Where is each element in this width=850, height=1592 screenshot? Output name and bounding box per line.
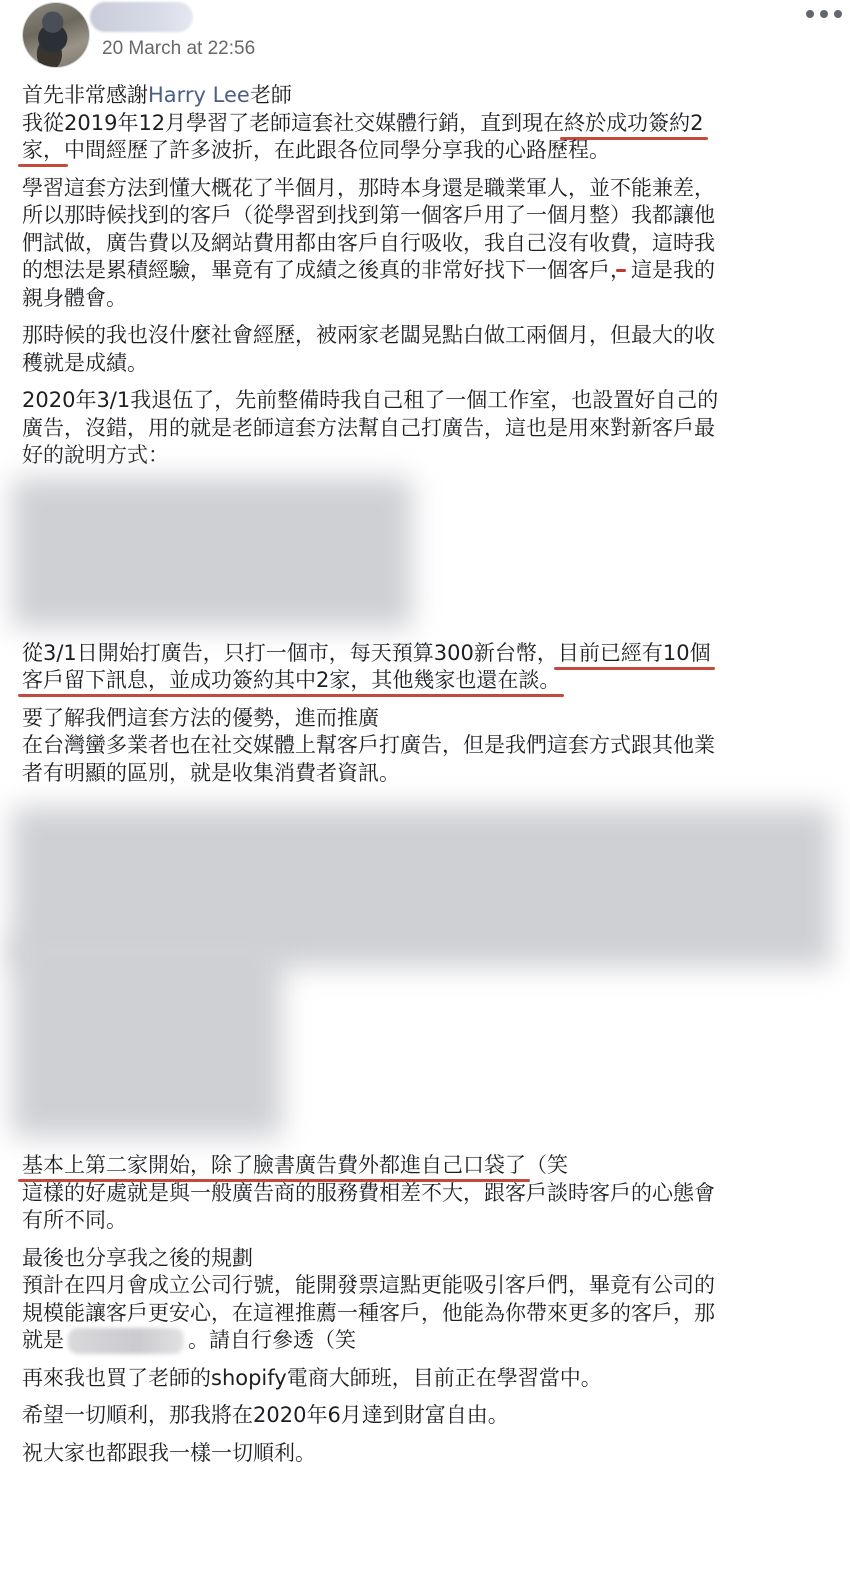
highlighted-text: 客戶留下訊息，並成功簽約其中2家，其他幾家也還在談。 [22, 668, 560, 692]
post-line: 有所不同。 [22, 1207, 832, 1235]
post-line: 規模能讓客戶更安心，在這裡推薦一種客戶，他能為你帶來更多的客戶，那 [22, 1300, 832, 1328]
text: （笑 [526, 1153, 568, 1177]
text: 老師 [250, 83, 292, 107]
more-options-button[interactable] [806, 6, 842, 22]
post-line: 所以那時候找到的客戶（從學習到找到第一個客戶用了一個月整）我都讓他 [22, 202, 832, 230]
highlighted-text: 目前已經有10個 [558, 641, 711, 665]
image-redacted-2 [22, 787, 832, 1152]
post-line: 客戶留下訊息，並成功簽約其中2家，其他幾家也還在談。 [22, 667, 832, 695]
author-name-redacted[interactable] [90, 2, 193, 32]
mention-link[interactable]: Harry Lee [148, 83, 250, 107]
post-line: 者有明顯的區別，就是收集消費者資訊。 [22, 760, 832, 788]
post-line: 基本上第二家開始，除了臉書廣告費外都進自己口袋了（笑 [22, 1152, 832, 1180]
text: 。請自行參透（笑 [188, 1328, 356, 1352]
avatar[interactable] [22, 2, 90, 68]
highlighted-text: 基本上第二家開始，除了臉書廣告費外都進自己口袋了 [22, 1153, 526, 1177]
highlighted-text: 家， [22, 138, 64, 162]
post-line: 最後也分享我之後的規劃 [22, 1245, 832, 1273]
post-line: 從3/1日開始打廣告，只打一個市，每天預算300新台幣，目前已經有10個 [22, 640, 832, 668]
text: 首先非常感謝 [22, 83, 148, 107]
highlighted-text: 終於成功簽約2 [564, 111, 703, 135]
post-line: 預計在四月會成立公司行號，能開發票這點更能吸引客戶們，畢竟有公司的 [22, 1272, 832, 1300]
post-line: 們試做，廣告費以及網站費用都由客戶自行吸收，我自己沒有收費，這時我 [22, 230, 832, 258]
post-line: 祝大家也都跟我一樣一切順利。 [22, 1440, 832, 1468]
post-line: 好的說明方式： [22, 442, 832, 470]
text: 就是 [22, 1328, 64, 1352]
post-line: 要了解我們這套方法的優勢，進而推廣 [22, 705, 832, 733]
post-line: 這樣的好處就是與一般廣告商的服務費相差不大，跟客戶談時客戶的心態會 [22, 1180, 832, 1208]
post-line: 的想法是累積經驗，畢竟有了成績之後真的非常好找下一個客戶，這是我的 [22, 257, 832, 285]
post-header: 20 March at 22:56 [0, 0, 850, 75]
post-line: 在台灣蠻多業者也在社交媒體上幫客戶打廣告，但是我們這套方式跟其他業 [22, 732, 832, 760]
text: 的想法是累積經驗，畢竟有了成績之後真的非常好找下一個客戶，這是我的 [22, 258, 715, 282]
post-line: 那時候的我也沒什麼社會經歷，被兩家老闆晃點白做工兩個月，但最大的收 [22, 322, 832, 350]
more-horizontal-icon [834, 10, 842, 18]
post-line: 學習這套方法到懂大概花了半個月，那時本身還是職業軍人，並不能兼差， [22, 175, 832, 203]
post-line: 廣告，沒錯，用的就是老師這套方法幫自己打廣告，這也是用來對新客戶最 [22, 415, 832, 443]
more-horizontal-icon [806, 10, 814, 18]
post-line: 穫就是成績。 [22, 350, 832, 378]
post-line: 再來我也買了老師的shopify電商大師班，目前正在學習當中。 [22, 1365, 832, 1393]
post-line: 親身體會。 [22, 285, 832, 313]
post-line: 首先非常感謝Harry Lee老師 [22, 82, 832, 110]
redacted-inline-text [68, 1328, 184, 1354]
post-line: 希望一切順利，那我將在2020年6月達到財富自由。 [22, 1402, 832, 1430]
post-line: 就是。請自行參透（笑 [22, 1327, 832, 1355]
post-timestamp[interactable]: 20 March at 22:56 [102, 38, 255, 60]
post-line: 我從2019年12月學習了老師這套社交媒體行銷，直到現在終於成功簽約2 [22, 110, 832, 138]
text: 我從2019年12月學習了老師這套社交媒體行銷，直到現在 [22, 111, 564, 135]
more-horizontal-icon [820, 10, 828, 18]
text: 從3/1日開始打廣告，只打一個市，每天預算300新台幣， [22, 641, 558, 665]
text: 中間經歷了許多波折，在此跟各位同學分享我的心路歷程。 [64, 138, 610, 162]
image-redacted-1 [22, 470, 832, 640]
post-body: 首先非常感謝Harry Lee老師 我從2019年12月學習了老師這套社交媒體行… [22, 82, 832, 1467]
post-line: 家，中間經歷了許多波折，在此跟各位同學分享我的心路歷程。 [22, 137, 832, 165]
annotation-mark [616, 269, 626, 272]
post-line: 2020年3/1我退伍了，先前整備時我自己租了一個工作室，也設置好自己的 [22, 387, 832, 415]
